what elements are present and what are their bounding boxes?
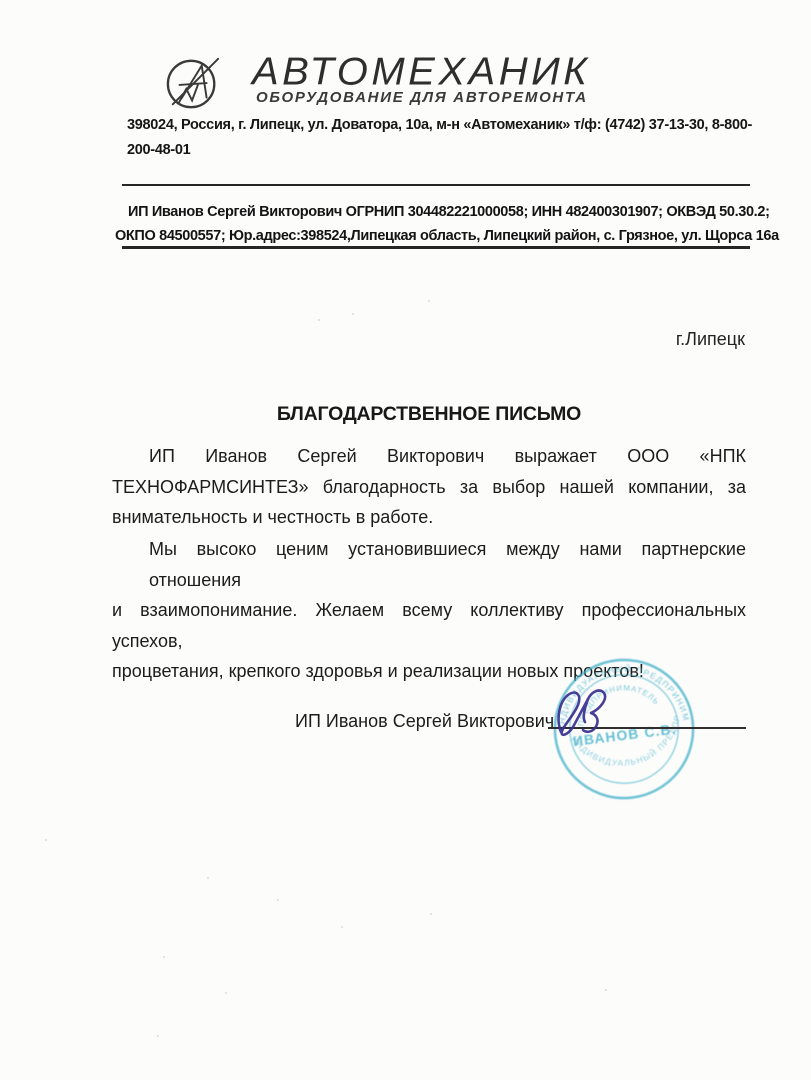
divider-top [122,184,750,186]
divider-bottom [122,246,750,249]
company-tagline: ОБОРУДОВАНИЕ ДЛЯ АВТОРЕМОНТА [256,89,616,106]
scan-speck [605,989,607,991]
paragraph-line: внимательность и честность в работе. [112,502,746,533]
letter-title: БЛАГОДАРСТВЕННОЕ ПИСЬМО [113,403,745,426]
scan-speck [277,899,279,901]
scan-speck [318,319,320,321]
paragraph-line: ИП Иванов Сергей Викторович выражает ООО… [112,441,746,472]
requisites-line-2: ОКПО 84500557; Юр.адрес:398524,Липецкая … [115,225,763,249]
paragraph-line: ТЕХНОФАРМСИНТЕЗ» благодарность за выбор … [112,472,746,503]
paragraph-line: и взаимопонимание. Желаем всему коллекти… [112,595,746,656]
handwritten-signature [551,684,615,740]
scan-speck [428,300,430,302]
signatory-name: ИП Иванов Сергей Викторович [295,708,554,734]
scan-speck [352,313,354,315]
scan-speck [430,913,432,915]
letter-paragraph-1: ИП Иванов Сергей Викторович выражает ООО… [112,441,746,533]
company-logo-icon [164,55,224,113]
company-address: 398024, Россия, г. Липецк, ул. Доватора,… [127,113,767,163]
address-line-2: 200-48-01 [127,138,767,163]
scan-speck [157,1035,159,1037]
company-requisites: ИП Иванов Сергей Викторович ОГРНИП 30448… [115,201,763,248]
scan-speck [225,992,227,994]
paragraph-line: Мы высоко ценим установившиеся между нам… [112,534,746,595]
requisites-line-1: ИП Иванов Сергей Викторович ОГРНИП 30448… [115,201,763,225]
scan-speck [163,956,165,958]
scan-speck [341,926,343,928]
scan-speck [45,839,47,841]
scanned-letter-page: АВТОМЕХАНИК ОБОРУДОВАНИЕ ДЛЯ АВТОРЕМОНТА… [0,0,811,1080]
scan-speck [207,877,209,879]
company-name: АВТОМЕХАНИК [252,52,612,93]
dateline-city: г.Липецк [113,329,745,350]
address-line-1: 398024, Россия, г. Липецк, ул. Доватора,… [127,113,767,138]
